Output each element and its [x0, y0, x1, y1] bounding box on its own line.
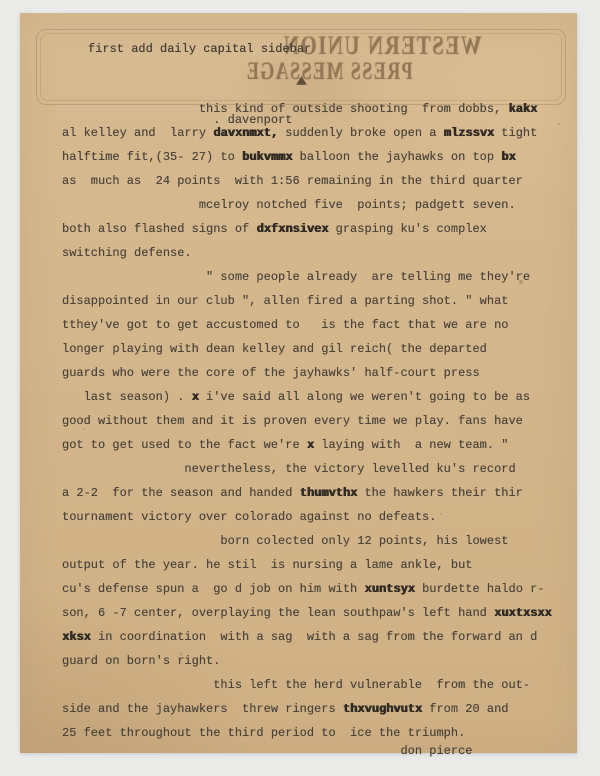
typed-text: balloon the jayhawks on top — [292, 150, 501, 164]
typed-text: tournament victory over colorado against… — [62, 510, 436, 524]
typed-text: as much as 24 points with 1:56 remaining… — [62, 174, 523, 188]
typed-text: grasping ku's complex — [328, 222, 486, 236]
typed-text: halftime fit,(35- 27) to — [62, 150, 242, 164]
typed-line: guards who were the core of the jayhawks… — [62, 361, 552, 385]
typed-text: born colected only 12 points, his lowest — [62, 534, 508, 548]
typed-text: . davenport — [62, 113, 292, 127]
typed-line: side and the jayhawkers threw ringers th… — [62, 697, 552, 721]
typed-text: nevertheless, the victory levelled ku's … — [62, 462, 516, 476]
paper-specks — [20, 13, 22, 15]
typed-line: xksx in coordination with a sag with a s… — [62, 625, 552, 649]
typed-line: output of the year. he stil is nursing a… — [62, 553, 552, 577]
typed-text: from 20 and — [422, 702, 508, 716]
overstruck-text: thumvthx — [300, 486, 358, 500]
typed-line: got to get used to the fact we're x layi… — [62, 433, 552, 457]
typed-line: born colected only 12 points, his lowest — [62, 529, 552, 553]
typed-text: the hawkers their thir — [357, 486, 523, 500]
typed-line: " some people already are telling me the… — [62, 265, 552, 289]
signature-line: don pierce — [62, 739, 552, 763]
typed-line: nevertheless, the victory levelled ku's … — [62, 457, 552, 481]
overstruck-text: bukvmmx — [242, 150, 292, 164]
typed-text: tthey've got to get accustomed to is the… — [62, 318, 508, 332]
typed-text: good without them and it is proven every… — [62, 414, 523, 428]
typed-line: this left the herd vulnerable from the o… — [62, 673, 552, 697]
typed-text: in coordination with a sag with a sag fr… — [91, 630, 537, 644]
typed-text: don pierce — [62, 744, 472, 758]
typed-text: " some people already are telling me the… — [62, 270, 530, 284]
typed-text: al kelley and larry — [62, 126, 213, 140]
typed-line: son, 6 -7 center, overplaying the lean s… — [62, 601, 552, 625]
typed-text: 25 feet throughout the third period to i… — [62, 726, 465, 740]
overstruck-text: bx — [501, 150, 515, 164]
typed-line: tthey've got to get accustomed to is the… — [62, 313, 552, 337]
typed-text: laying with a new team. " — [314, 438, 508, 452]
overstruck-text: xuxtxsxx — [494, 606, 552, 620]
overstruck-text: davxnmxt, — [213, 126, 278, 140]
scan-photo: { "document": { "header": "first add dai… — [0, 0, 600, 776]
typed-line: good without them and it is proven every… — [62, 409, 552, 433]
typed-line: guard on born's right. — [62, 649, 552, 673]
typed-text: switching defense. — [62, 246, 192, 260]
overstruck-text: x — [192, 390, 199, 404]
typed-text: burdette haldo r- — [415, 582, 545, 596]
typed-line: longer playing with dean kelley and gil … — [62, 337, 552, 361]
typed-text: this left the herd vulnerable from the o… — [62, 678, 530, 692]
overstruck-text: xksx — [62, 630, 91, 644]
typed-text-body: this kind of outside shooting from dobbs… — [62, 97, 552, 769]
typed-text: last season) . — [62, 390, 192, 404]
typed-text: both also flashed signs of — [62, 222, 256, 236]
western-union-watermark-line2: PRESS MESSAGE — [235, 58, 422, 86]
typed-text: side and the jayhawkers threw ringers — [62, 702, 343, 716]
typed-text: disappointed in our club ", allen fired … — [62, 294, 508, 308]
typed-text: i've said all along we weren't going to … — [199, 390, 530, 404]
overstruck-text: thxvughvutx — [343, 702, 422, 716]
typed-text: tight — [494, 126, 537, 140]
typed-line: switching defense. — [62, 241, 552, 265]
typed-text: output of the year. he stil is nursing a… — [62, 558, 472, 572]
typed-line: as much as 24 points with 1:56 remaining… — [62, 169, 552, 193]
typed-text: cu's defense spun a go d job on him with — [62, 582, 364, 596]
typed-line: cu's defense spun a go d job on him with… — [62, 577, 552, 601]
typed-line: both also flashed signs of dxfxnsivex gr… — [62, 217, 552, 241]
overstruck-text: dxfxnsivex — [256, 222, 328, 236]
overstruck-text: kakx — [508, 102, 537, 116]
typed-text: mcelroy notched five points; padgett sev… — [62, 198, 516, 212]
slug-line: first add daily capital sidebar — [88, 41, 311, 57]
typed-text: got to get used to the fact we're — [62, 438, 307, 452]
typed-line: a 2-2 for the season and handed thumvthx… — [62, 481, 552, 505]
telegram-paper: WESTERN UNION PRESS MESSAGE first add da… — [20, 13, 577, 753]
overstruck-text: xuntsyx — [364, 582, 414, 596]
overstruck-text: mlzssvx — [444, 126, 494, 140]
overstruck-text: x — [307, 438, 314, 452]
typed-text: son, 6 -7 center, overplaying the lean s… — [62, 606, 494, 620]
typed-text: guards who were the core of the jayhawks… — [62, 366, 480, 380]
typed-text: longer playing with dean kelley and gil … — [62, 342, 487, 356]
typed-line: tournament victory over colorado against… — [62, 505, 552, 529]
typed-text: a 2-2 for the season and handed — [62, 486, 300, 500]
typed-line: mcelroy notched five points; padgett sev… — [62, 193, 552, 217]
typed-text: suddenly broke open a — [278, 126, 444, 140]
typed-line: disappointed in our club ", allen fired … — [62, 289, 552, 313]
typed-line: last season) . x i've said all along we … — [62, 385, 552, 409]
typed-line: halftime fit,(35- 27) to bukvmmx balloon… — [62, 145, 552, 169]
typed-text: guard on born's right. — [62, 654, 220, 668]
